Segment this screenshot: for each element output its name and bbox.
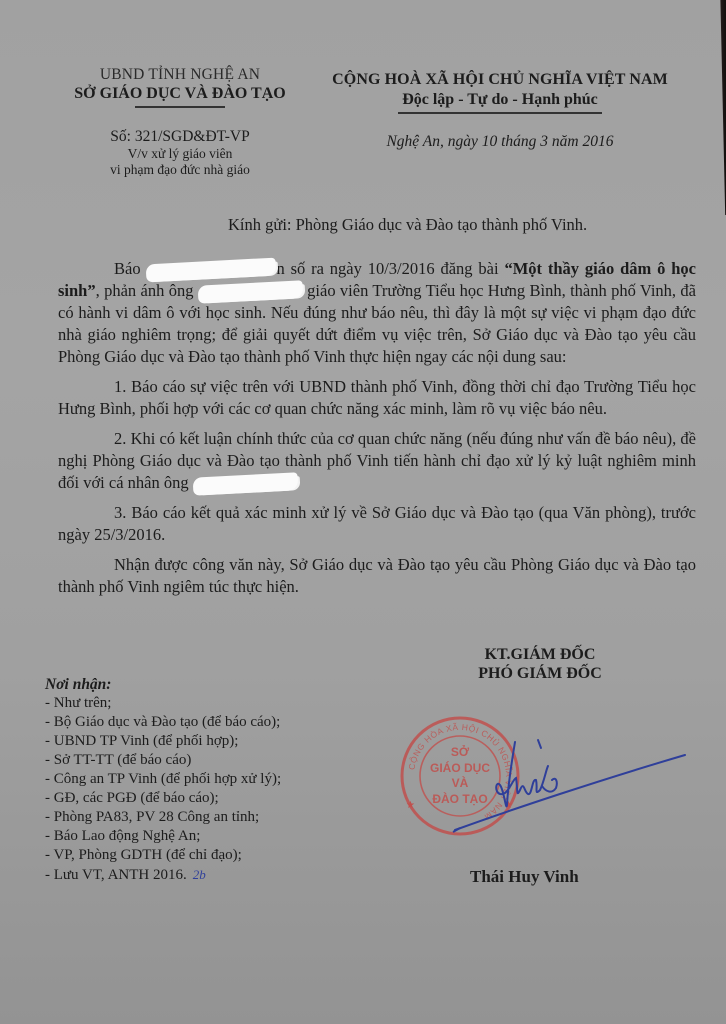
body-item-3: 3. Báo cáo kết quả xác minh xử lý về Sở … [58, 502, 696, 546]
issuer-header: UBND TỈNH NGHỆ AN SỞ GIÁO DỤC VÀ ĐÀO TẠO… [30, 66, 330, 178]
national-motto: Độc lập - Tự do - Hạnh phúc [300, 90, 700, 110]
recipients-title: Nơi nhận: [45, 675, 345, 694]
body-item-2: 2. Khi có kết luận chính thức của cơ qua… [58, 428, 696, 494]
signature-block: KT.GIÁM ĐỐC PHÓ GIÁM ĐỐC [440, 645, 640, 683]
stamp-star-icon: ★ [406, 800, 415, 811]
recipient-item: - Báo Lao động Nghệ An; [45, 827, 345, 846]
redaction-mark [192, 472, 298, 495]
republic-title: CỘNG HOÀ XÃ HỘI CHỦ NGHĨA VIỆT NAM [300, 70, 700, 90]
document-body: Báo n số ra ngày 10/3/2016 đăng bài “Một… [58, 258, 696, 598]
greeting: Kính gửi: Phòng Giáo dục và Đào tạo thàn… [228, 215, 587, 235]
recipient-item: - Bộ Giáo dục và Đào tạo (để báo cáo); [45, 713, 345, 732]
body-closing: Nhận được công văn này, Sở Giáo dục và Đ… [58, 554, 696, 598]
subject-line-1: V/v xử lý giáo viên [30, 146, 330, 162]
subject-line-2: vi phạm đạo đức nhà giáo [30, 162, 330, 178]
document-number: Số: 321/SGD&ĐT-VP [30, 128, 330, 146]
text-fragment: 2. Khi có kết luận chính thức của cơ qua… [58, 429, 696, 492]
department-name: SỞ GIÁO DỤC VÀ ĐÀO TẠO [30, 84, 330, 103]
redaction-mark [197, 280, 303, 303]
recipient-item: - GĐ, các PGĐ (để báo cáo); [45, 789, 345, 808]
recipient-item: - Công an TP Vinh (để phối hợp xử lý); [45, 770, 345, 789]
paper-edge-shadow [718, 0, 726, 215]
document-date: Nghệ An, ngày 10 tháng 3 năm 2016 [300, 132, 700, 152]
signer-title-1: KT.GIÁM ĐỐC [440, 645, 640, 664]
signer-title-2: PHÓ GIÁM ĐỐC [440, 664, 640, 683]
recipient-item: - UBND TP Vinh (để phối hợp); [45, 732, 345, 751]
handwritten-signature-icon [420, 730, 690, 845]
header-underline [135, 106, 225, 108]
recipient-item: - Lưu VT, ANTH 2016.2b [45, 865, 345, 885]
handwritten-initials: 2b [193, 865, 206, 884]
body-paragraph-intro: Báo n số ra ngày 10/3/2016 đăng bài “Một… [58, 258, 696, 368]
text-fragment: , phản ánh ông [96, 281, 198, 300]
recipient-item-text: - Lưu VT, ANTH 2016. [45, 867, 187, 883]
text-fragment: Báo [114, 259, 146, 278]
national-header: CỘNG HOÀ XÃ HỘI CHỦ NGHĨA VIỆT NAM Độc l… [300, 70, 700, 152]
recipient-item: - Phòng PA83, PV 28 Công an tỉnh; [45, 808, 345, 827]
recipient-item: - Như trên; [45, 694, 345, 713]
recipients-list: Nơi nhận: - Như trên; - Bộ Giáo dục và Đ… [45, 675, 345, 885]
agency-name: UBND TỈNH NGHỆ AN [30, 66, 330, 84]
redaction-mark [146, 258, 277, 283]
body-item-1: 1. Báo cáo sự việc trên với UBND thành p… [58, 376, 696, 420]
recipient-item: - Sở TT-TT (để báo cáo) [45, 751, 345, 770]
signer-name: Thái Huy Vinh [470, 867, 579, 887]
text-fragment: n số ra ngày 10/3/2016 đăng bài [276, 259, 504, 278]
motto-underline [398, 112, 602, 114]
recipient-item: - VP, Phòng GDTH (để chỉ đạo); [45, 846, 345, 865]
